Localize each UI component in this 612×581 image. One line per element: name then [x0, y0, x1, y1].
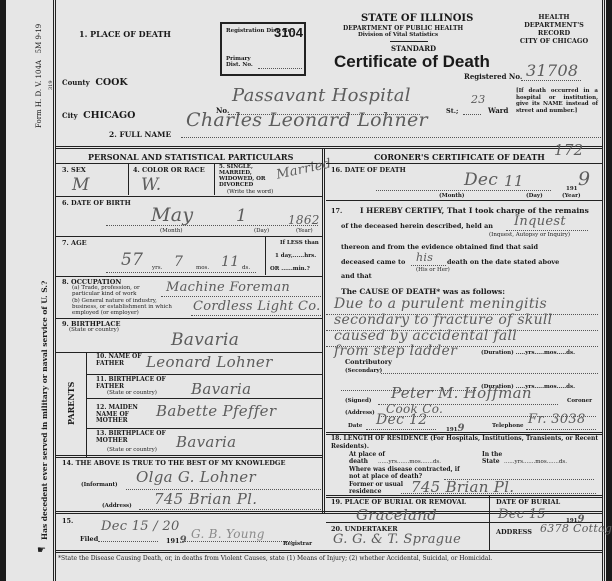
- cause-line-3: caused by accidental fall: [334, 328, 517, 344]
- age-mos-unit: mos.: [196, 265, 209, 271]
- undertaker-address-value: 6378 Cottage Grove: [496, 522, 612, 535]
- registered-no-value: 31708: [526, 61, 578, 80]
- header-divider: [56, 146, 602, 149]
- informant-address: 745 Brian Pl.: [154, 490, 257, 508]
- birthplace-value: Bavaria: [171, 330, 239, 350]
- coroner-date-label: Date: [348, 423, 362, 429]
- coroner-address-label: (Address): [345, 410, 375, 416]
- age-days: 11: [221, 254, 239, 270]
- mother-birthplace-hint: (State or country): [107, 447, 157, 453]
- age-yrs-unit: yrs.: [152, 265, 162, 271]
- coroner-date: Dec 12: [376, 412, 427, 428]
- ward-label: Ward: [488, 106, 508, 115]
- parents-label: PARENTS: [66, 382, 76, 425]
- age-months: 7: [174, 254, 183, 270]
- coroner-signature: Peter M. Hoffman: [391, 384, 532, 402]
- registrar-signature: G. B. Young: [191, 527, 265, 541]
- mother-birthplace-label: 13. BIRTHPLACE OF MOTHER: [96, 431, 171, 444]
- dod-month: Dec: [464, 170, 498, 190]
- dob-month: May: [151, 204, 193, 226]
- filing-number: 15.: [62, 517, 73, 525]
- hospital-note: [If death occurred in a hospital or inst…: [516, 88, 598, 114]
- certify-number: 17.: [331, 207, 342, 215]
- birthplace-hint: (State or country): [69, 327, 119, 333]
- filed-label: Filed: [80, 535, 98, 543]
- his-her-value: his: [416, 251, 433, 264]
- dob-year: 1862: [288, 213, 320, 227]
- dod-day-caption: (Day): [526, 193, 543, 199]
- place-of-death-address: Passavant Hospital: [232, 85, 411, 106]
- health-dept-line-4: CITY OF CHICAGO: [514, 37, 594, 45]
- contributory-label: Contributory: [345, 358, 392, 366]
- marital-hint: (Write the word): [227, 189, 273, 195]
- burial-date-label: DATE OF BURIAL: [496, 498, 560, 506]
- informant-statement: 14. THE ABOVE IS TRUE TO THE BEST OF MY …: [62, 459, 285, 467]
- secondary-label: (Secondary): [345, 368, 382, 374]
- dob-month-caption: (Month): [160, 228, 183, 234]
- footnote: *State the Disease Causing Death, or, in…: [58, 555, 598, 563]
- primary-dist-label: Primary Dist. No.: [226, 56, 260, 68]
- occupation-b-value: Cordless Light Co.: [193, 299, 321, 314]
- marital-label: 5. SINGLE, MARRIED, WIDOWED, OR DIVORCED: [219, 164, 267, 188]
- father-birthplace-value: Bavaria: [191, 380, 251, 398]
- mother-value: Babette Pfeffer: [156, 402, 276, 420]
- burial-date-value: Dec 15: [498, 507, 546, 522]
- health-dept-line-3: RECORD: [514, 29, 594, 37]
- father-birthplace-hint: (State or country): [107, 390, 157, 396]
- city-label: City: [62, 111, 78, 120]
- father-birthplace-label: 11. BIRTHPLACE OF FATHER: [96, 377, 171, 390]
- certify-line-4b: death on the date stated above: [447, 258, 559, 266]
- military-question: Has decedent ever served in military or …: [40, 281, 49, 540]
- dob-year-caption: (Year): [296, 228, 313, 234]
- registration-box: Registration Dist. No. 3104 Primary Dist…: [220, 22, 306, 76]
- dob-day: 1: [236, 206, 247, 226]
- cause-duration: (Duration) .....yrs.....mos.....ds.: [481, 350, 575, 356]
- certify-line-3: thereon and from the evidence obtained f…: [341, 243, 538, 251]
- street-label: St.;: [446, 107, 458, 115]
- dob-label: 6. DATE OF BIRTH: [62, 199, 131, 207]
- registration-dist-number: 3104: [274, 25, 303, 40]
- city-value: CHICAGO: [83, 110, 135, 121]
- certify-line-4a: deceased came to: [341, 258, 405, 266]
- death-certificate: Form H. D. V. 104A 5M 9-19 319 Has deced…: [6, 0, 606, 581]
- form-id: Form H. D. V. 104A 5M 9-19: [35, 24, 43, 128]
- less-than-label: If LESS than: [280, 240, 319, 246]
- age-years: 57: [121, 250, 143, 270]
- cause-line-1: Due to a purulent meningitis: [334, 296, 547, 312]
- left-frame-line: [53, 0, 56, 581]
- coroner-number: 172: [554, 141, 584, 159]
- inquest-caption: (Inquest, Autopsy or Inquiry): [489, 232, 570, 238]
- coroner-section-title: CORONER'S CERTIFICATE OF DEATH: [374, 152, 545, 162]
- burial-place-label: 19. PLACE OF BURIAL OR REMOVAL: [331, 498, 466, 506]
- dod-month-caption: (Month): [439, 193, 465, 199]
- filed-year-prefix: 191: [166, 537, 180, 545]
- cause-label: The CAUSE OF DEATH* was as follows:: [341, 287, 505, 296]
- pointing-hand-icon: ☛: [37, 545, 46, 556]
- occupation-b-label: (b) General nature of industry, business…: [72, 298, 172, 316]
- certify-line-2: of the deceased herein described, held a…: [341, 222, 493, 230]
- registrar-label: Registrar: [283, 541, 312, 547]
- age-ds-unit: ds.: [242, 265, 250, 271]
- duration-label: (Duration): [481, 350, 514, 356]
- filed-date: Dec 15 / 20: [101, 519, 180, 534]
- former-residence-label: Former or usual residence: [349, 482, 409, 495]
- father-value: Leonard Lohner: [146, 353, 273, 371]
- race-label: 4. COLOR OR RACE: [133, 166, 205, 174]
- county-row: County COOK: [62, 70, 128, 89]
- undertaker-value: G. G. & T. Sprague: [333, 532, 461, 547]
- residence-label: 18. LENGTH OF RESIDENCE (For Hospitals, …: [331, 435, 599, 450]
- occupation-a-value: Machine Foreman: [166, 280, 290, 295]
- certificate-title: Certificate of Death: [334, 52, 490, 72]
- mother-label: 12. MAIDEN NAME OF MOTHER: [96, 405, 156, 425]
- health-dept-record: HEALTH DEPARTMENT'S RECORD CITY OF CHICA…: [514, 13, 594, 45]
- personal-section-title: PERSONAL AND STATISTICAL PARTICULARS: [88, 152, 293, 162]
- informant-value: Olga G. Lohner: [136, 468, 256, 486]
- dod-year-suffix: 9: [578, 168, 590, 190]
- at-place-units: ......yrs.......mos.......ds.: [378, 459, 441, 465]
- in-state-units: ......yrs.......mos.......ds.: [504, 459, 567, 465]
- full-name-value: Charles Leonard Lohner: [186, 109, 428, 131]
- one-day-hrs: 1 day,......hrs.: [275, 253, 316, 259]
- mother-birthplace-value: Bavaria: [176, 433, 236, 451]
- health-dept-line-1: HEALTH: [514, 13, 594, 21]
- coroner-label: Coroner: [567, 398, 592, 404]
- dod-year: 191: [566, 186, 577, 192]
- print-code: 5M 9-19: [35, 24, 43, 54]
- sex-label: 3. SEX: [62, 166, 86, 174]
- or-min: OR ......min.?: [270, 266, 310, 272]
- county-value: COOK: [95, 77, 127, 88]
- certify-line-5: and that: [341, 272, 372, 280]
- occupation-a-label: (a) Trade, profession, or particular kin…: [72, 285, 166, 297]
- telephone-label: Telephone: [492, 423, 524, 429]
- telephone-value: Fr. 3038: [528, 412, 586, 427]
- right-frame-line: [602, 0, 605, 581]
- center-divider: [322, 149, 325, 514]
- registered-no-label: Registered No.: [464, 72, 522, 81]
- city-row: City CHICAGO: [62, 103, 135, 122]
- state-title: STATE OF ILLINOIS: [361, 13, 473, 24]
- age-label: 7. AGE: [62, 239, 87, 247]
- county-label: County: [62, 78, 90, 87]
- informant-address-label: (Address): [102, 503, 132, 509]
- dod-day: 11: [504, 172, 524, 190]
- cause-line-2: secondary to fracture of skull: [334, 312, 552, 328]
- informant-label: (Informant): [81, 482, 118, 488]
- dod-year-caption: (Year): [562, 193, 581, 199]
- inquest-type: Inquest: [514, 214, 566, 229]
- full-name-label: 2. FULL NAME: [109, 130, 171, 139]
- division-title: Division of Vital Statistics: [358, 32, 438, 38]
- race-value: W.: [141, 175, 162, 195]
- health-dept-line-2: DEPARTMENT'S: [514, 21, 594, 29]
- dod-label: 16. DATE OF DEATH: [331, 166, 406, 174]
- his-her-caption: (His or Her): [416, 267, 450, 273]
- sex-value: M: [72, 175, 90, 195]
- dob-day-caption: (Day): [254, 228, 269, 234]
- form-id-text: Form H. D. V. 104A: [35, 60, 43, 128]
- cause-line-4: from step ladder: [334, 343, 457, 359]
- place-of-death-label: 1. PLACE OF DEATH: [79, 29, 171, 39]
- ward-value: 23: [471, 93, 486, 106]
- department-title: DEPARTMENT OF PUBLIC HEALTH: [343, 25, 463, 32]
- signed-label: (Signed): [345, 398, 371, 404]
